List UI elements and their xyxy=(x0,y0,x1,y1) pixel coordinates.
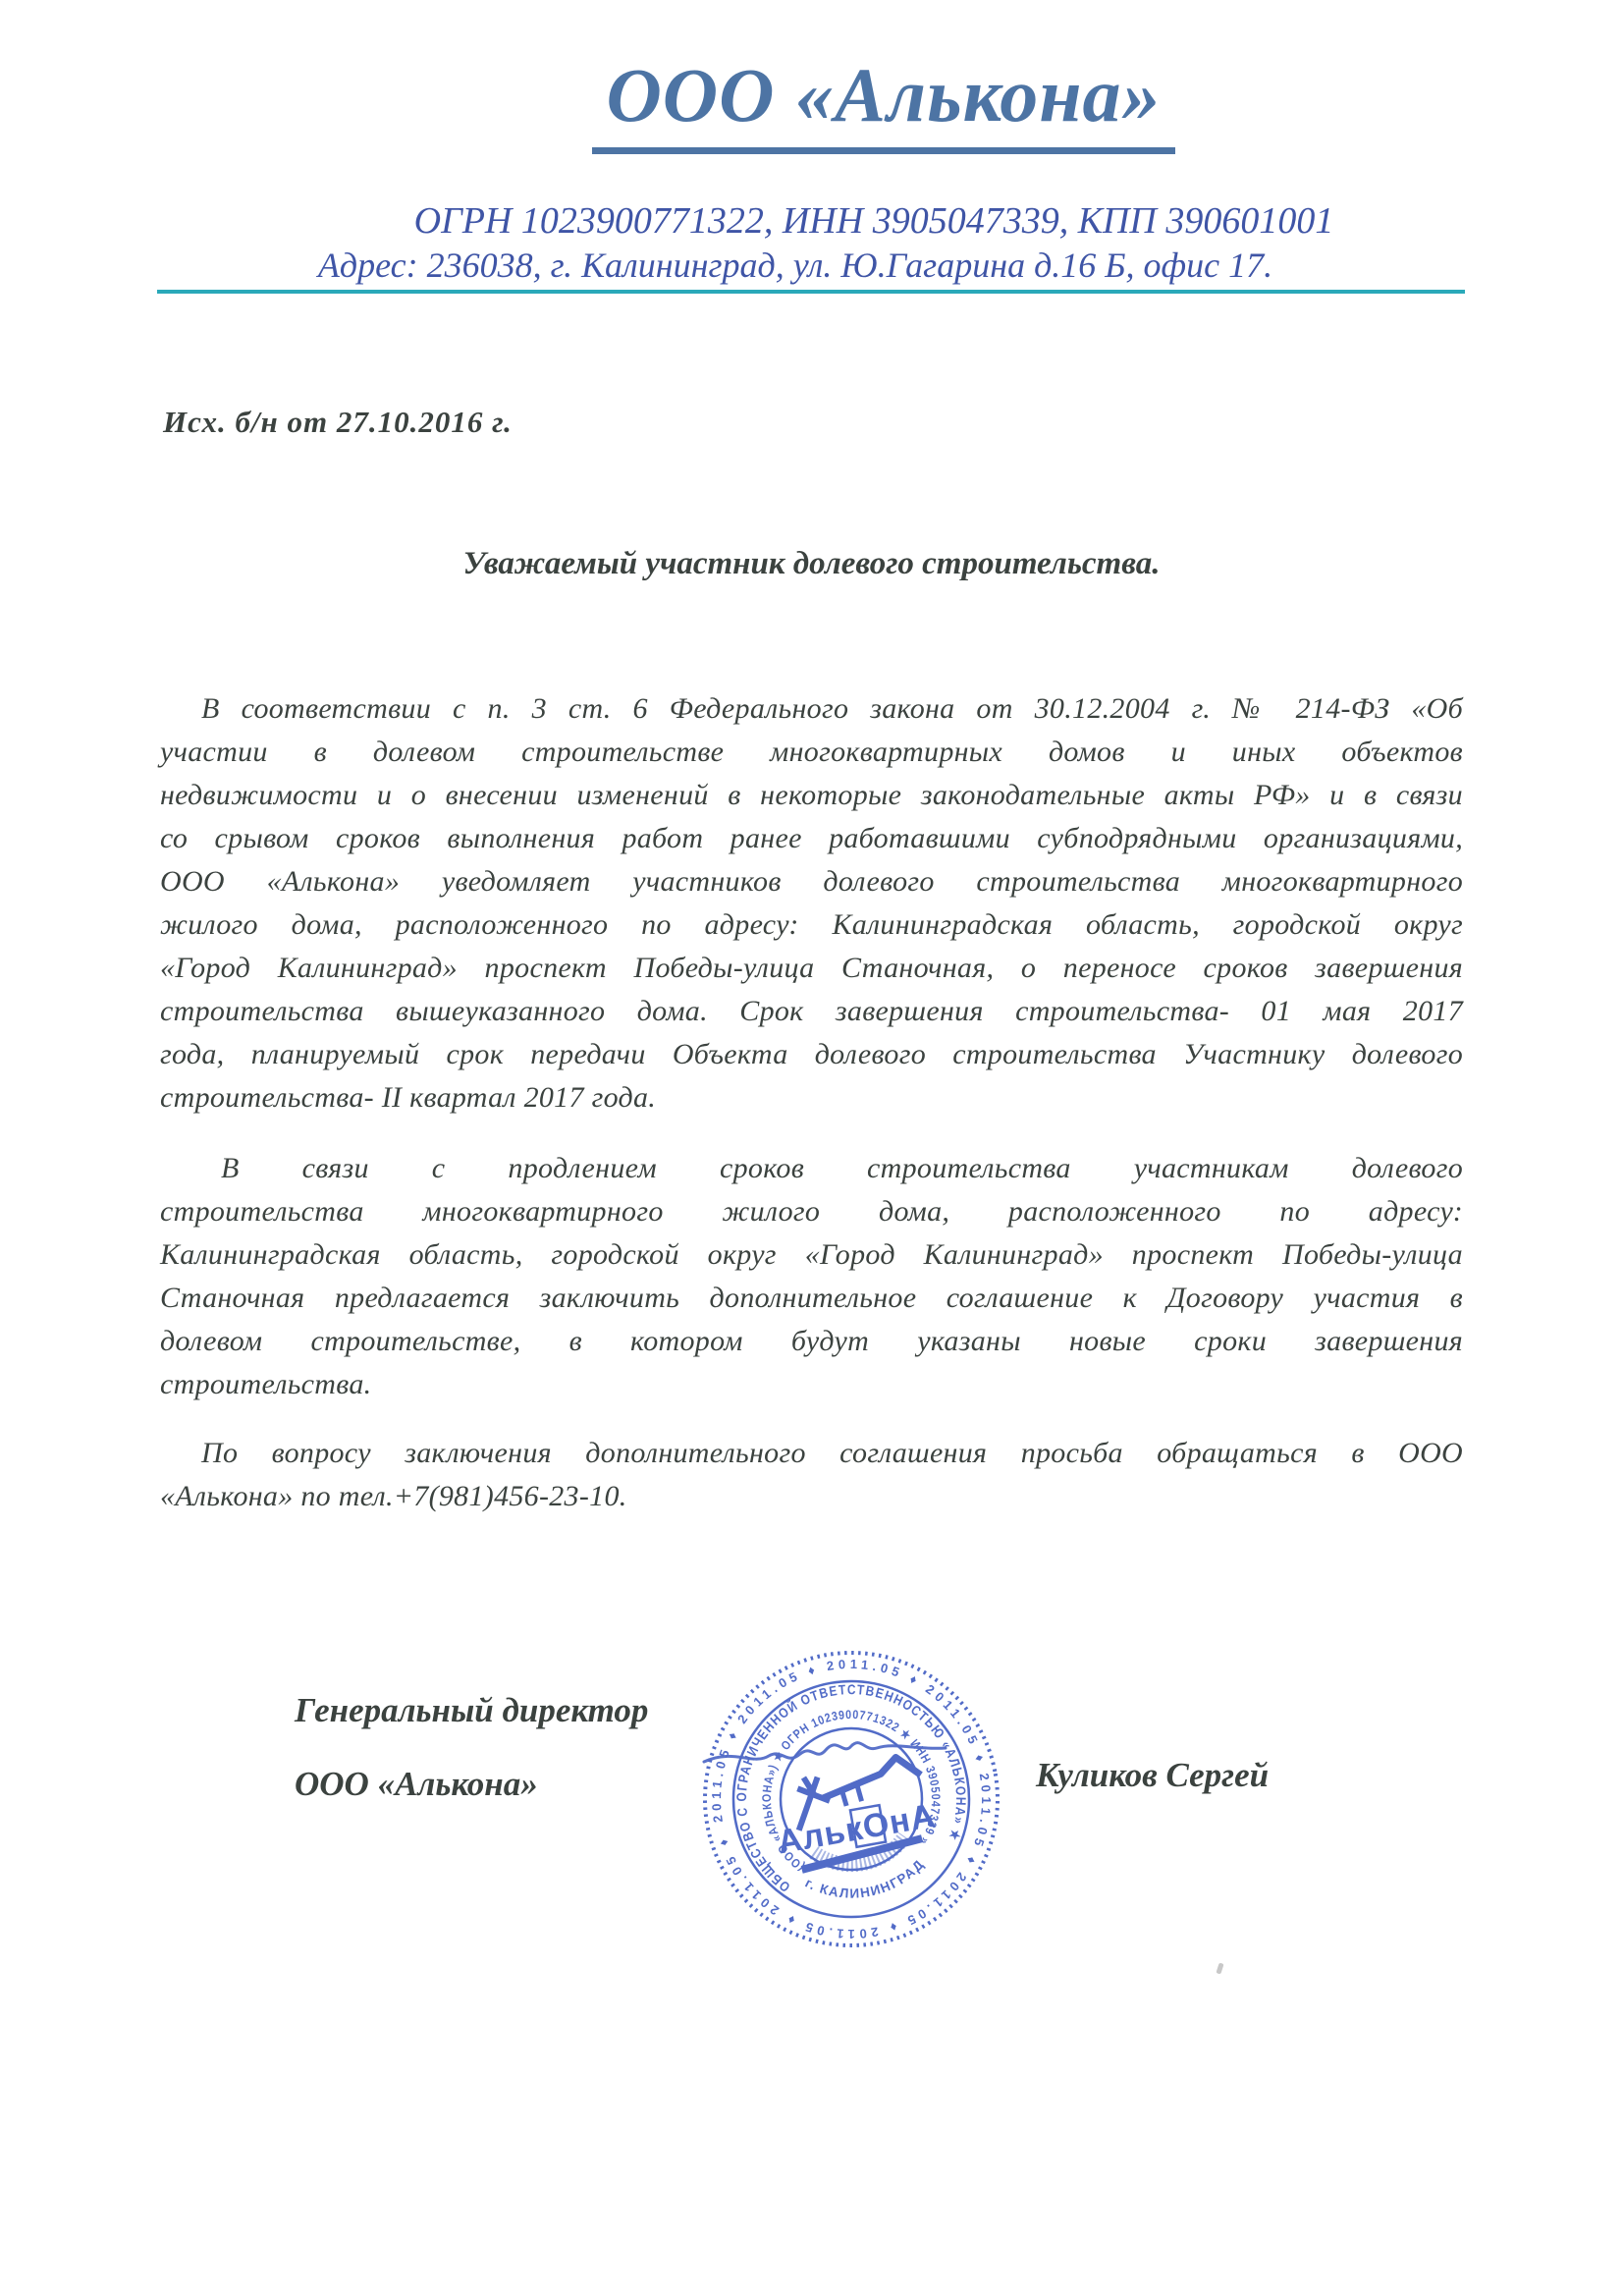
letter-document: ООО «Алькона» ОГРН 1023900771322, ИНН 39… xyxy=(0,0,1623,2296)
signer-company: ООО «Алькона» xyxy=(295,1765,538,1804)
paragraph-line: По вопросу заключения дополнительного со… xyxy=(160,1432,1463,1475)
letterhead-divider xyxy=(157,290,1465,294)
paragraph-line: долевом строительстве, в котором будут у… xyxy=(160,1320,1463,1363)
paragraph-line: В соответствии с п. 3 ст. 6 Федерального… xyxy=(160,687,1463,731)
paragraph-line: ООО «Алькона» уведомляет участников доле… xyxy=(160,860,1463,903)
signer-position: Генеральный директор xyxy=(295,1691,648,1730)
paragraph-line: жилого дома, расположенного по адресу: К… xyxy=(160,903,1463,947)
paragraph-line: строительства. xyxy=(160,1363,1463,1406)
paragraph-line: недвижимости и о внесении изменений в не… xyxy=(160,774,1463,817)
paragraph-line: участии в долевом строительстве многоква… xyxy=(160,731,1463,774)
paragraph-line: строительства многоквартирного жилого до… xyxy=(160,1190,1463,1233)
company-stamp-seal: 2011.05 ♦ 2011.05 ♦ 2011.05 ♦ 2011.05 ♦ … xyxy=(677,1625,1025,1973)
paragraph-line: В связи с продлением сроков строительств… xyxy=(160,1147,1463,1190)
signer-name: Куликов Сергей xyxy=(1036,1756,1269,1795)
paragraph-line: Калининградская область, городской округ… xyxy=(160,1233,1463,1277)
stamp-roof-line xyxy=(819,1754,922,1798)
scan-artifact-speck xyxy=(1216,1962,1223,1974)
letterhead: ООО «Алькона» xyxy=(295,51,1473,154)
paragraph-line: «Город Калининград» проспект Победы-улиц… xyxy=(160,947,1463,990)
paragraph-line: года, планируемый срок передачи Объекта … xyxy=(160,1033,1463,1076)
paragraph-line: «Алькона» по тел.+7(981)456-23-10. xyxy=(160,1475,1463,1518)
paragraph-line: со срывом сроков выполнения работ ранее … xyxy=(160,817,1463,860)
paragraph-2: В связи с продлением сроков строительств… xyxy=(160,1147,1463,1406)
stamp-graphic: 2011.05 ♦ 2011.05 ♦ 2011.05 ♦ 2011.05 ♦ … xyxy=(677,1625,1025,1973)
stamp-center-logo: АлькОнА xyxy=(767,1752,941,1873)
salutation-heading: Уважаемый участник долевого строительств… xyxy=(160,546,1463,582)
outgoing-reference: Исх. б/н от 27.10.2016 г. xyxy=(163,405,513,440)
paragraph-3: По вопросу заключения дополнительного со… xyxy=(160,1432,1463,1518)
paragraph-line: строительства- II квартал 2017 года. xyxy=(160,1076,1463,1120)
paragraph-line: строительства вышеуказанного дома. Срок … xyxy=(160,990,1463,1033)
address-line: Адрес: 236038, г. Калининград, ул. Ю.Гаг… xyxy=(177,245,1414,286)
paragraph-line: Станочная предлагается заключить дополни… xyxy=(160,1277,1463,1320)
paragraph-1: В соответствии с п. 3 ст. 6 Федерального… xyxy=(160,687,1463,1120)
company-name-title: ООО «Алькона» xyxy=(592,51,1174,154)
registration-line: ОГРН 1023900771322, ИНН 3905047339, КПП … xyxy=(255,199,1492,243)
